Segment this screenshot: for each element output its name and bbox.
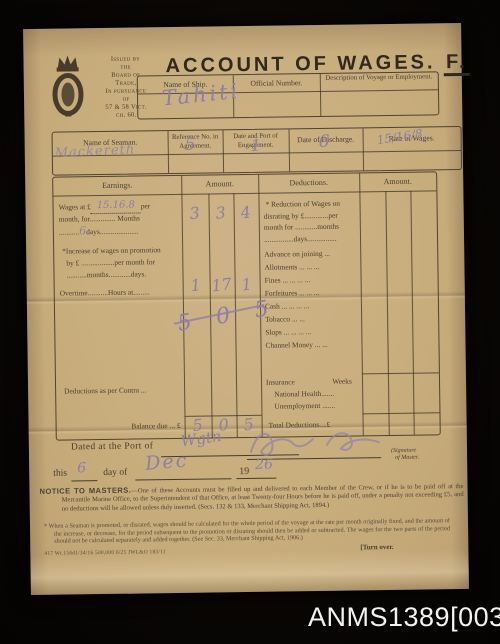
contra-label: Deductions as per Contra ... (64, 384, 146, 397)
photo-background: Issued by the Board of Trade, In pursuan… (0, 0, 500, 644)
deduction-item: Advance on joining ... (264, 248, 330, 260)
dayof-label: day of (103, 468, 127, 478)
earnings-deductions-table: Earnings. Amount. Deductions. Amount. Wa… (52, 171, 441, 440)
increase-line1: *Increase of wages on promotion (62, 244, 161, 257)
notice-to-masters: NOTICE TO MASTERS.—One of these Accounts… (39, 482, 463, 514)
turn-over-note: [Turn over. (360, 543, 393, 551)
day-written: 6 (77, 460, 86, 476)
insurance-label: Insurance (266, 377, 295, 386)
wages-line1-pre: Wages at £ (58, 202, 90, 211)
wages-amount-pounds: 3 (181, 202, 209, 224)
wages-line2: month, for.............. Months (59, 212, 140, 225)
year-written: 26 (255, 457, 273, 473)
year-printed: 19 (239, 466, 249, 477)
catalog-label: ANMS1389[003] (308, 602, 500, 633)
amount-subcolumn-line (410, 191, 414, 435)
reduction-line4: ................days................ (264, 232, 337, 245)
wages-amount-shillings: 3 (207, 202, 235, 224)
insurance-weeks-label: Weeks (332, 377, 352, 386)
national-health-label: National Health....... (274, 388, 334, 400)
overtime-amount-shillings: 17 (208, 274, 236, 296)
reference-no-written: 5 (185, 135, 196, 155)
deduction-item: Fines ... ... ... ... (265, 274, 311, 286)
discharge-written: 6 (319, 132, 330, 152)
unemployment-label: Unemployment ....... (274, 400, 335, 412)
port-label: Dated at the Port of (71, 441, 154, 452)
wages-line3: ...........6days..................... (59, 224, 139, 238)
wages-rate-written: 15.16.8 (97, 200, 135, 212)
deduction-item: Slops ... ... ... ... (265, 326, 311, 338)
wages-line3-pre: ........... (59, 227, 79, 236)
amount-subcolumn-line (385, 191, 389, 435)
this-label: this (53, 469, 67, 479)
earnings-amount-header: Amount. (181, 180, 258, 190)
main-table-divider (359, 173, 364, 435)
month-written: Dec (144, 449, 189, 475)
promotion-note: * When a Seaman is promoted, or disrated… (44, 517, 450, 545)
earnings-subtotal-written: 5 0 5 (176, 295, 280, 337)
signature-caption-line2: of Master. (391, 455, 419, 462)
increase-line3: ...........months............days. (66, 268, 146, 281)
year-underline (236, 478, 276, 480)
balance-label: Balance due ... £ (57, 420, 181, 433)
signature-caption: (Signature of Master. (391, 448, 419, 462)
deduction-item: Cash ... ... ... ... (265, 300, 310, 312)
deduction-item: Tobacco ... ... (265, 313, 305, 325)
day-underline (71, 480, 97, 481)
wages-amount-pence: 4 (232, 202, 260, 224)
total-deductions-rule (362, 412, 439, 414)
wages-line3-post: days..................... (86, 226, 138, 236)
insurance-row-rule (362, 372, 439, 374)
form-code-letter: F. (444, 51, 470, 76)
notice-heading: NOTICE TO MASTERS. (39, 486, 131, 496)
main-table-header-rule (53, 190, 436, 196)
deduction-item: Channel Money ... ... (265, 339, 327, 351)
deduction-item: Allotments ... ... ... (264, 261, 319, 273)
month-underline (135, 478, 231, 480)
deductions-amount-header: Amount. (359, 177, 436, 187)
deductions-header: Deductions. (258, 178, 359, 188)
overtime-label: Overtime...........Hours at......... (60, 286, 150, 299)
official-number-header: Official Number. (233, 79, 320, 89)
deduction-item: Forfeitures ... ... ... (265, 287, 320, 299)
overtime-amount-pounds: 1 (182, 274, 210, 296)
earnings-header: Earnings. (53, 181, 181, 191)
overtime-amount-pence: 1 (233, 274, 261, 296)
increase-line2: by £ ..................per month for (66, 256, 155, 269)
board-of-trade-crest-icon (43, 52, 92, 121)
wages-form-document: Issued by the Board of Trade, In pursuan… (23, 23, 469, 595)
voyage-description-header: Description of Voyage or Employment. (320, 73, 438, 83)
engagement-written: 1 (251, 136, 261, 155)
insurance-heading: Insurance Weeks (266, 376, 352, 389)
printer-imprint: 417 Wt.156d1/34/16 500,000 6/25 JWL&O 18… (44, 549, 165, 557)
wages-line1-post: per (141, 201, 151, 210)
